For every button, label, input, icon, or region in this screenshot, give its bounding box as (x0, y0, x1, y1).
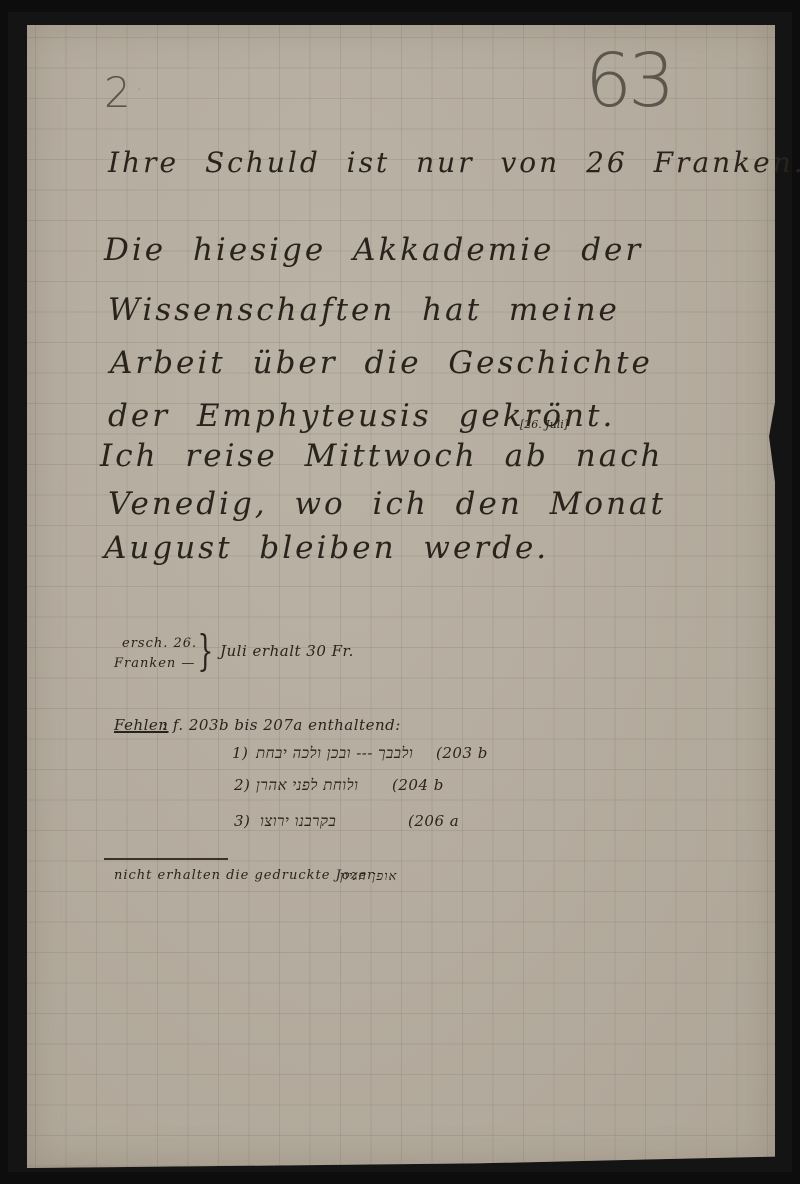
note-brace-right: Juli erhalt 30 Fr. (220, 642, 354, 660)
note-item-1-hebrew: ולבבך --- ובכן ולכה יבחת (256, 744, 413, 763)
note-item-1-num: 1) (232, 744, 248, 762)
body-line-2: Die hiesige Akkademie der (104, 232, 643, 268)
note-item-2-num: 2) (234, 776, 250, 794)
manuscript-page (27, 25, 775, 1168)
page-number-dot: · (137, 82, 141, 98)
footnote-text: nicht erhalten die gedruckte Jozer (114, 868, 374, 883)
note-brace-top: ersch. 26. (122, 636, 197, 651)
body-line-6: Ich reise Mittwoch ab nach (100, 438, 664, 474)
body-line-8: August bleiben werde. (104, 530, 549, 566)
body-line-1: Ihre Schuld ist nur von 26 Franken. (108, 146, 800, 179)
note-item-2-ref: (204 b (392, 776, 444, 794)
footnote-hebrew: אופן הגיון (340, 868, 397, 884)
body-line-3: Wissenschaften hat meine (108, 292, 620, 328)
note-item-3-ref: (206 a (408, 812, 459, 830)
note-brace-bottom: Franken — (114, 656, 195, 671)
body-line-7: Venedig, wo ich den Monat (108, 486, 666, 522)
note-folio-range: : f. 203b bis 207a enthaltend: (162, 716, 401, 734)
note-item-2-hebrew: ולוחת לפני אהרן (256, 776, 358, 795)
footnote-rule (104, 858, 228, 860)
note-folio-label: Fehlen (114, 716, 168, 734)
note-item-1-ref: (203 b (436, 744, 488, 762)
curly-brace: } (197, 626, 213, 675)
note-item-3-hebrew: בקרבנו ירוצו (260, 812, 336, 831)
page-number: 2 (104, 68, 131, 117)
note-item-3-num: 3) (234, 812, 250, 830)
body-line-4: Arbeit über die Geschichte (110, 345, 653, 381)
editorial-date-insertion: [26. Juli] (520, 418, 568, 431)
folio-number: 63 (585, 38, 671, 124)
